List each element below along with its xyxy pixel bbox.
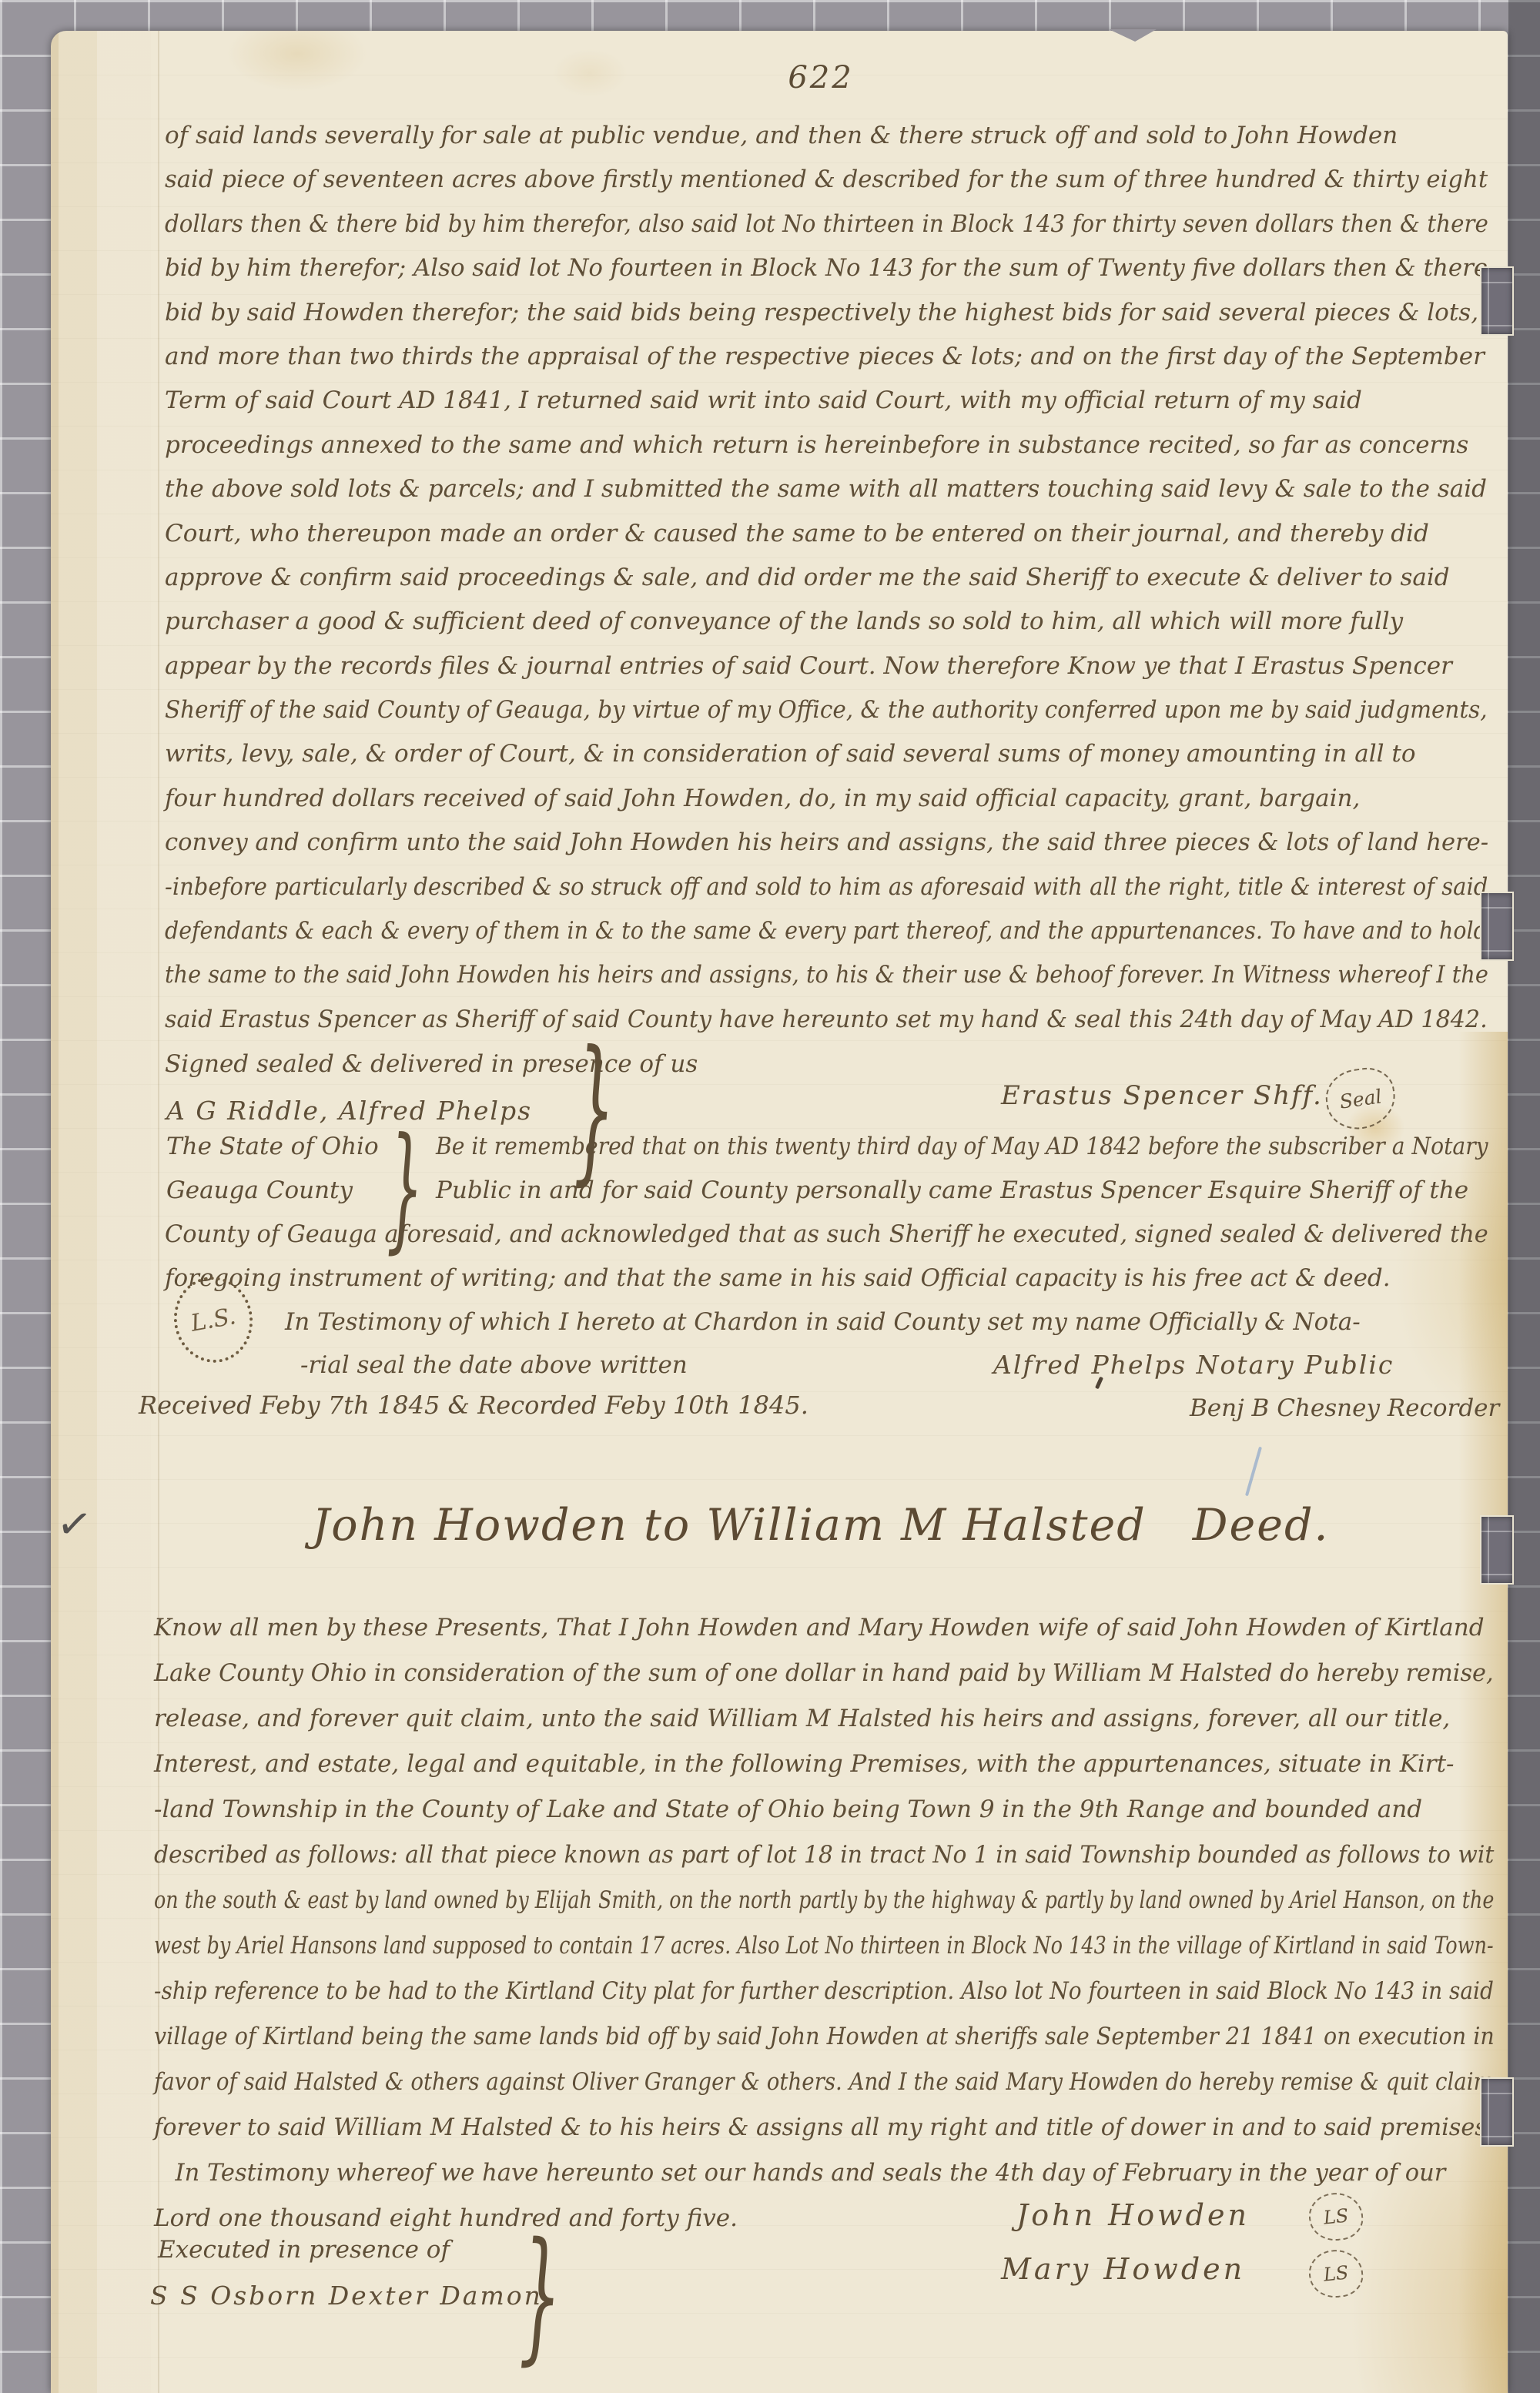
testimony-line: In Testimony of which I hereto at Chardo… — [285, 1303, 1361, 1341]
deed1-body: of said lands severally for sale at publ… — [165, 114, 1488, 1042]
binding-slot — [1480, 892, 1514, 961]
acknowledgment-line: foregoing instrument of writing; and tha… — [165, 1259, 1391, 1297]
blue-check-mark — [1245, 1447, 1262, 1497]
notary-seal-label: L.S. — [189, 1303, 238, 1337]
manuscript-line: Court, who thereupon made an order & cau… — [165, 512, 1488, 556]
manuscript-line: bid by him therefor; Also said lot No fo… — [165, 246, 1480, 290]
acknowledgment-line: Public in and for said County personally… — [436, 1171, 1468, 1210]
manuscript-line: purchaser a good & sufficient deed of co… — [165, 600, 1488, 644]
manuscript-line: defendants & each & every of them in & t… — [165, 909, 1378, 953]
binding-slot — [1480, 1515, 1514, 1585]
sheriff-seal-label: Seal — [1338, 1085, 1383, 1113]
manuscript-line: village of Kirtland being the same lands… — [154, 2014, 1388, 2060]
recorder-signature: Benj B Chesney Recorder — [1190, 1389, 1499, 1427]
manuscript-line: said piece of seventeen acres above firs… — [165, 158, 1475, 202]
sheriff-seal: Seal — [1322, 1064, 1399, 1133]
manuscript-line: release, and forever quit claim, unto th… — [154, 1696, 1494, 1742]
background-shadow-strip — [1508, 0, 1540, 2393]
manuscript-line: -inbefore particularly described & so st… — [165, 865, 1404, 909]
seal-label: LS — [1322, 2204, 1349, 2228]
manuscript-line: Sheriff of the said County of Geauga, by… — [165, 688, 1420, 732]
manuscript-line: on the south & east by land owned by Eli… — [154, 1878, 1251, 1923]
binding-slot — [1480, 266, 1514, 336]
manuscript-line: dollars then & there bid by him therefor… — [165, 202, 1416, 246]
manuscript-line: Know all men by these Presents, That I J… — [154, 1605, 1494, 1651]
manuscript-line: -land Township in the County of Lake and… — [154, 1787, 1494, 1832]
acknowledgment-line: County of Geauga aforesaid, and acknowle… — [165, 1215, 1488, 1253]
manuscript-line: -ship reference to be had to the Kirtlan… — [154, 1969, 1362, 2014]
venue-state-line: The State of Ohio — [166, 1127, 379, 1166]
manuscript-line: described as follows: all that piece kno… — [154, 1832, 1440, 1878]
testimony-line: -rial seal the date above written — [300, 1346, 688, 1384]
witness-signatures: A G Riddle, Alfred Phelps — [166, 1092, 532, 1130]
deed2-body: Know all men by these Presents, That I J… — [154, 1605, 1494, 2241]
heading-parties: John Howden to William M Halsted — [312, 1500, 1146, 1551]
manuscript-line: forever to said William M Halsted & to h… — [154, 2105, 1461, 2150]
manuscript-line: Term of said Court AD 1841, I returned s… — [165, 379, 1488, 423]
grantor-signature: John Howden — [1016, 2196, 1250, 2234]
witness-signatures: S S Osborn Dexter Damon — [150, 2277, 543, 2315]
manuscript-line: said Erastus Spencer as Sheriff of said … — [165, 998, 1451, 1042]
page-number: 622 — [728, 60, 913, 95]
manuscript-line: convey and confirm unto the said John Ho… — [165, 821, 1468, 865]
manuscript-line: the same to the said John Howden his hei… — [165, 953, 1392, 997]
entry-heading: John Howden to William M HalstedDeed. — [266, 1500, 1375, 1551]
manuscript-line: the above sold lots & parcels; and I sub… — [165, 467, 1488, 511]
manuscript-line: of said lands severally for sale at publ… — [165, 114, 1488, 158]
photograph-scene: 622 of said lands severally for sale at … — [0, 0, 1540, 2393]
manuscript-line: Lake County Ohio in consideration of the… — [154, 1651, 1465, 1696]
brace-glyph: } — [519, 2225, 561, 2368]
grantor-seal: LS — [1307, 2247, 1365, 2301]
deed-record-page: 622 of said lands severally for sale at … — [51, 31, 1508, 2393]
pencil-check-mark: ✓ — [54, 1498, 95, 1551]
manuscript-line: approve & confirm said proceedings & sal… — [165, 556, 1488, 600]
grantor-signature: Mary Howden — [1001, 2250, 1245, 2288]
manuscript-line: proceedings annexed to the same and whic… — [165, 423, 1488, 467]
manuscript-line: four hundred dollars received of said Jo… — [165, 777, 1488, 821]
witness-attestation-line: Signed sealed & delivered in presence of… — [165, 1045, 698, 1083]
seal-label: LS — [1322, 2261, 1349, 2285]
manuscript-line: In Testimony whereof we have hereunto se… — [154, 2150, 1472, 2196]
manuscript-line: and more than two thirds the appraisal o… — [165, 335, 1488, 379]
binding-slot — [1480, 2077, 1514, 2147]
manuscript-line: favor of said Halsted & others against O… — [154, 2060, 1347, 2105]
witness-attestation-line: Executed in presence of — [158, 2231, 450, 2269]
acknowledgment-line: Be it remembered that on this twenty thi… — [436, 1127, 1488, 1166]
manuscript-line: bid by said Howden therefor; the said bi… — [165, 291, 1488, 335]
manuscript-line: west by Ariel Hansons land supposed to c… — [154, 1923, 1258, 1969]
manuscript-line: writs, levy, sale, & order of Court, & i… — [165, 732, 1488, 776]
heading-instrument: Deed. — [1193, 1500, 1330, 1551]
notary-signature: Alfred Phelps Notary Public — [993, 1346, 1394, 1384]
sheriff-signature: Erastus Spencer Shff. — [1001, 1076, 1323, 1115]
manuscript-line: appear by the records files & journal en… — [165, 644, 1488, 688]
recording-line: Received Feby 7th 1845 & Recorded Feby 1… — [139, 1386, 808, 1424]
venue-county-line: Geauga County — [166, 1171, 353, 1210]
manuscript-line: Interest, and estate, legal and equitabl… — [154, 1742, 1494, 1787]
